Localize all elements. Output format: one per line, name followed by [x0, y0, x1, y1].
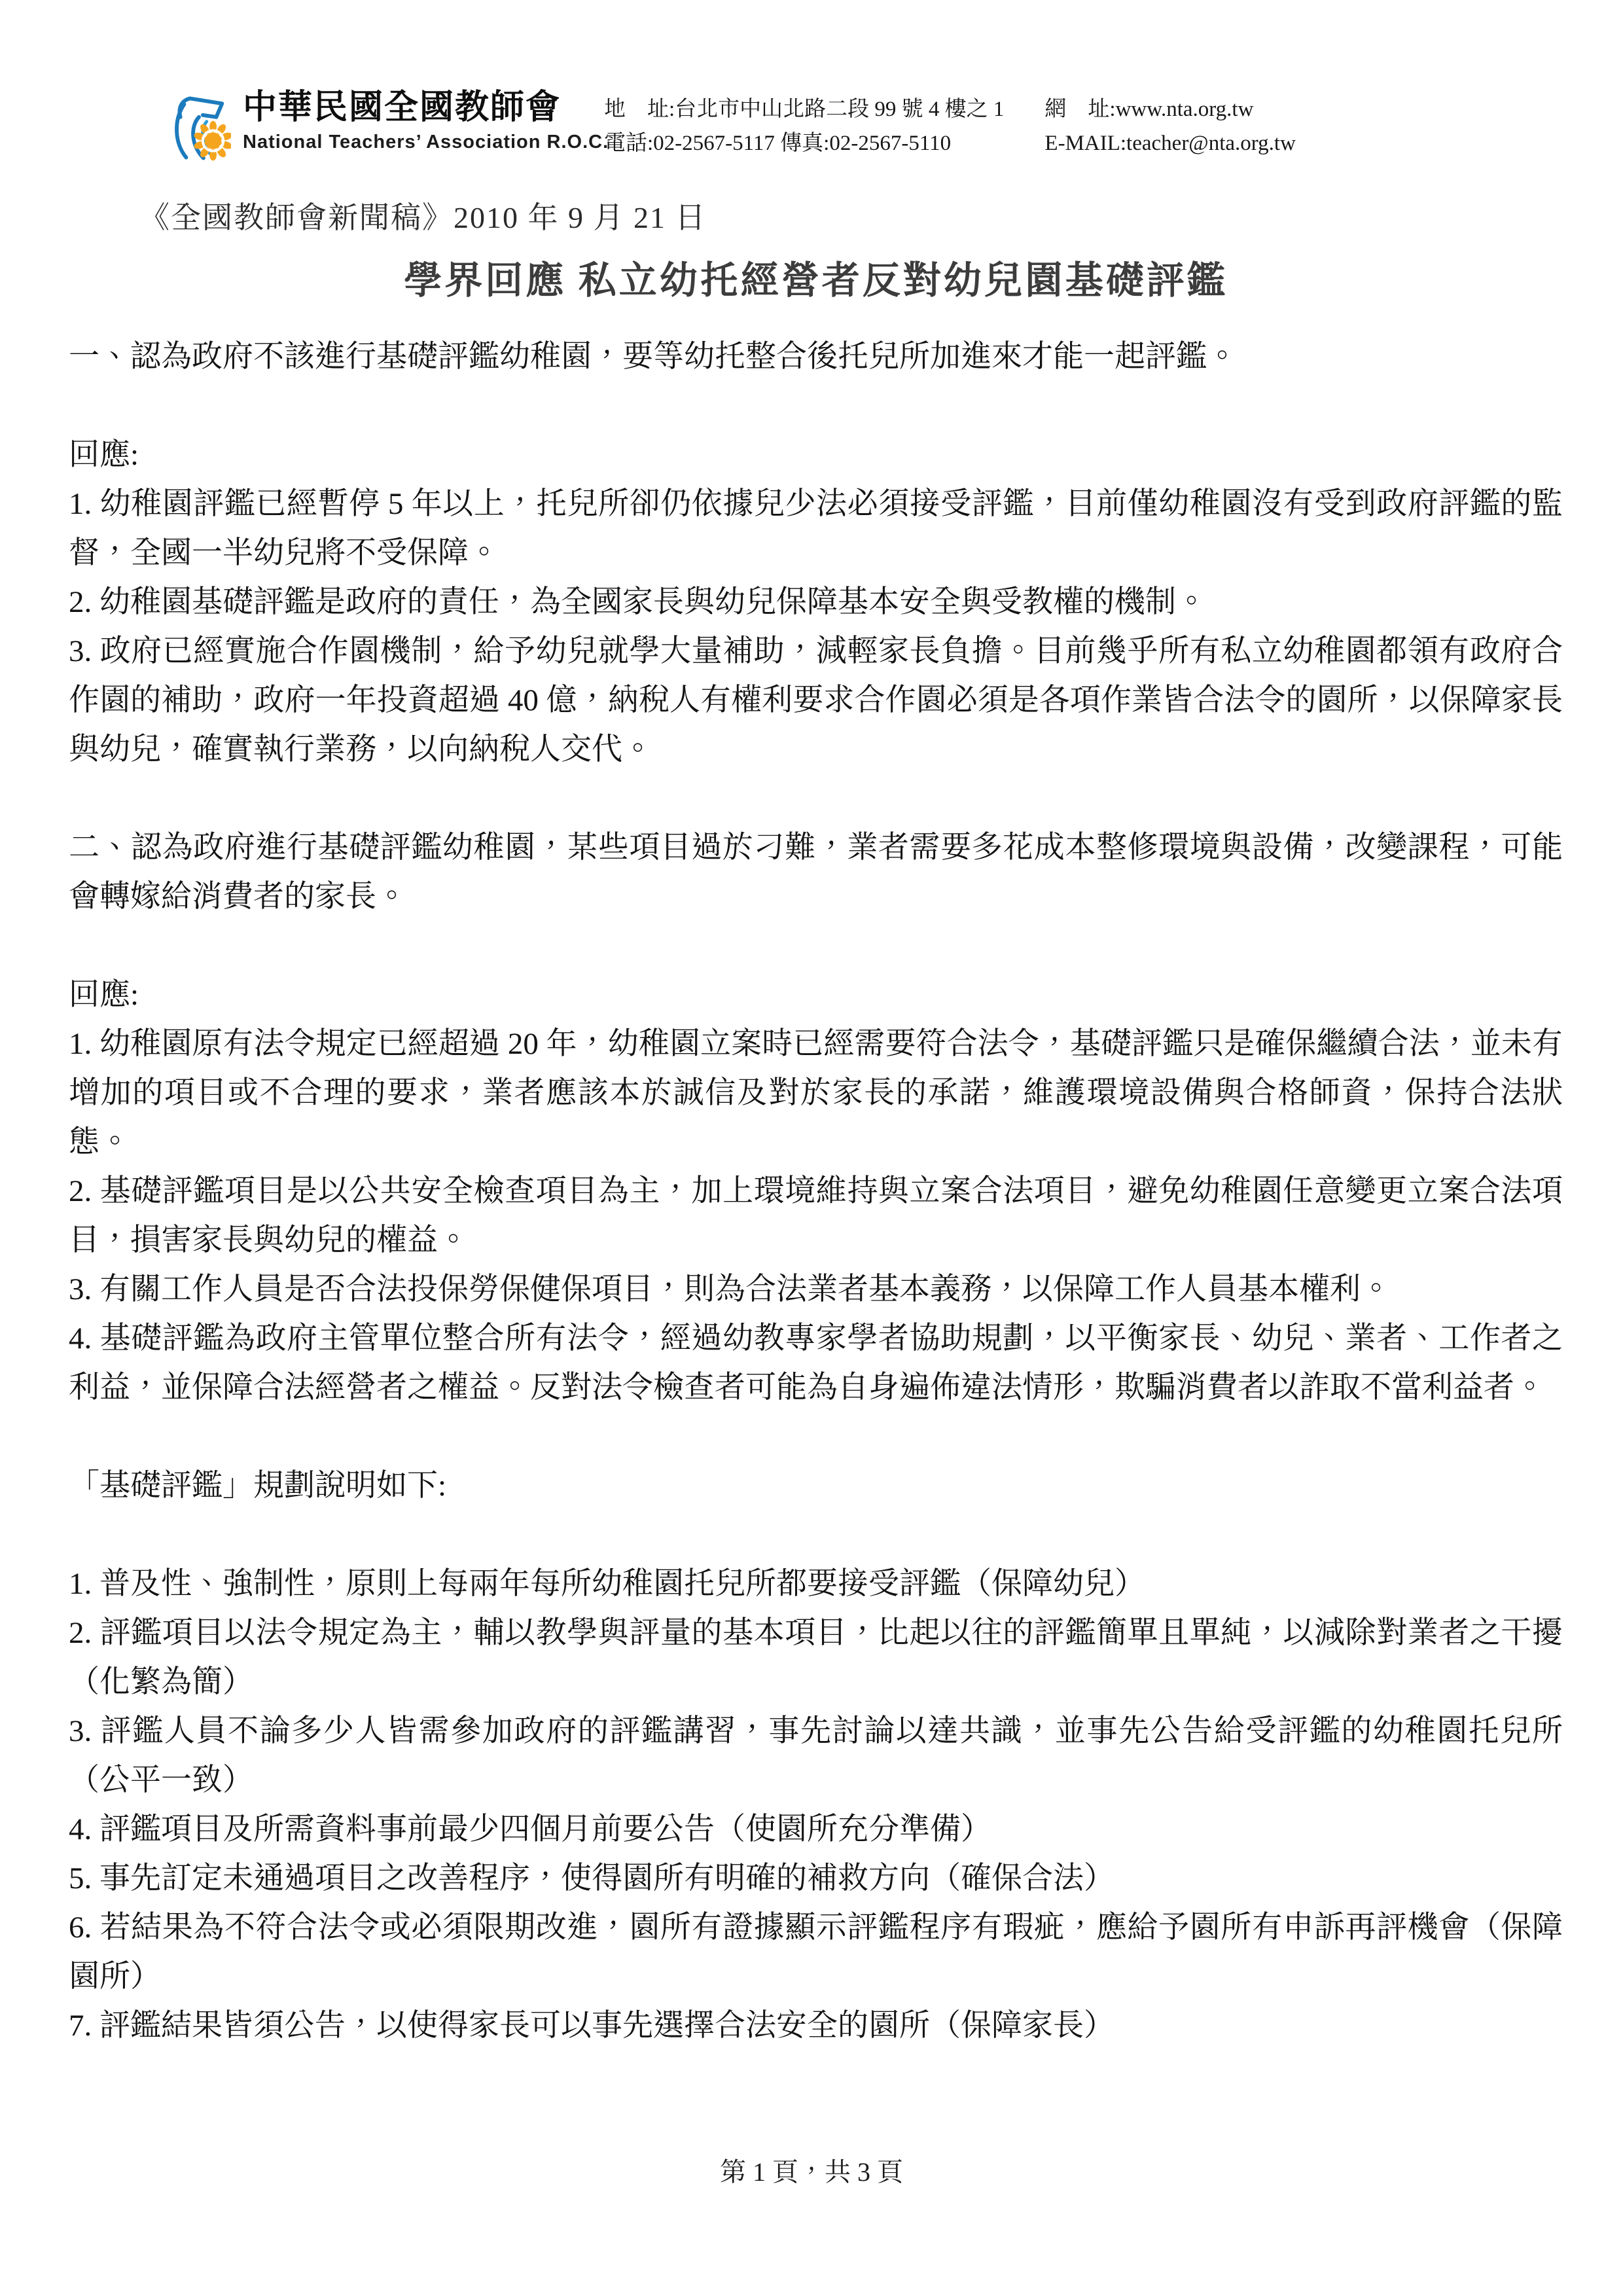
contact-info: 地 址:台北市中山北路二段 99 號 4 樓之 1 網 址:www.nta.or…	[604, 96, 1296, 157]
document-page: 中華民國全國教師會 National Teachers’ Association…	[0, 0, 1623, 2296]
paragraph: 1. 幼稚園評鑑已經暫停 5 年以上，托兒所卻仍依據兒少法必須接受評鑑，目前僅幼…	[69, 480, 1563, 578]
paragraph: 二、認為政府進行基礎評鑑幼稚園，某些項目過於刁難，業者需要多花成本整修環境與設備…	[69, 823, 1563, 922]
paragraph: 4. 評鑑項目及所需資料事前最少四個月前要公告（使園所充分準備）	[69, 1805, 1563, 1854]
org-names: 中華民國全國教師會 National Teachers’ Association…	[243, 86, 553, 154]
paragraph: 回應:	[69, 431, 1563, 480]
letterhead: 中華民國全國教師會 National Teachers’ Association…	[167, 86, 1563, 170]
contact-phone-fax: 電話:02-2567-5117 傳真:02-2567-5110	[604, 130, 1004, 157]
contact-address: 地 址:台北市中山北路二段 99 號 4 樓之 1	[604, 96, 1004, 123]
paragraph: 4. 基礎評鑑為政府主管單位整合所有法令，經過幼教專家學者協助規劃，以平衡家長、…	[69, 1314, 1563, 1412]
paragraph: 2. 幼稚園基礎評鑑是政府的責任，為全國家長與幼兒保障基本安全與受教權的機制。	[69, 578, 1563, 627]
org-name-chinese: 中華民國全國教師會	[243, 86, 553, 130]
paragraph: 回應:	[69, 971, 1563, 1020]
paragraph: 2. 評鑑項目以法令規定為主，輔以教學與評量的基本項目，比起以往的評鑑簡單且單純…	[69, 1609, 1563, 1707]
document-title: 學界回應 私立幼托經營者反對幼兒園基礎評鑑	[69, 258, 1563, 304]
paragraph: 「基礎評鑑」規劃說明如下:	[69, 1462, 1563, 1511]
paragraph: 7. 評鑑結果皆須公告，以使得家長可以事先選擇合法安全的園所（保障家長）	[69, 2001, 1563, 2051]
paragraph: 1. 普及性、強制性，原則上每兩年每所幼稚園托兒所都要接受評鑑（保障幼兒）	[69, 1560, 1563, 1609]
contact-email: E-MAIL:teacher@nta.org.tw	[1044, 130, 1295, 157]
page-number: 第 1 頁，共 3 頁	[0, 2157, 1623, 2188]
paragraph: 3. 評鑑人員不論多少人皆需參加政府的評鑑講習，事先討論以達共識，並事先公告給受…	[69, 1707, 1563, 1805]
paragraph: 3. 有關工作人員是否合法投保勞保健保項目，則為合法業者基本義務，以保障工作人員…	[69, 1265, 1563, 1314]
paragraph: 1. 幼稚園原有法令規定已經超過 20 年，幼稚園立案時已經需要符合法令，基礎評…	[69, 1020, 1563, 1167]
document-body: 一、認為政府不該進行基礎評鑑幼稚園，要等幼托整合後托兒所加進來才能一起評鑑。回應…	[69, 332, 1563, 2051]
nta-sun-swoosh-logo-icon	[167, 86, 231, 168]
paragraph: 5. 事先訂定未通過項目之改善程序，使得園所有明確的補救方向（確保合法）	[69, 1854, 1563, 1903]
press-release-date-line: 《全國教師會新聞稿》2010 年 9 月 21 日	[69, 200, 1563, 236]
paragraph: 2. 基礎評鑑項目是以公共安全檢查項目為主，加上環境維持與立案合法項目，避免幼稚…	[69, 1167, 1563, 1265]
paragraph: 一、認為政府不該進行基礎評鑑幼稚園，要等幼托整合後托兒所加進來才能一起評鑑。	[69, 332, 1563, 382]
contact-website: 網 址:www.nta.org.tw	[1044, 96, 1295, 123]
paragraph: 6. 若結果為不符合法令或必須限期改進，園所有證據顯示評鑑程序有瑕疵，應給予園所…	[69, 1903, 1563, 2001]
paragraph: 3. 政府已經實施合作園機制，給予幼兒就學大量補助，減輕家長負擔。目前幾乎所有私…	[69, 627, 1563, 774]
org-name-english: National Teachers’ Association R.O.C.	[243, 130, 553, 154]
